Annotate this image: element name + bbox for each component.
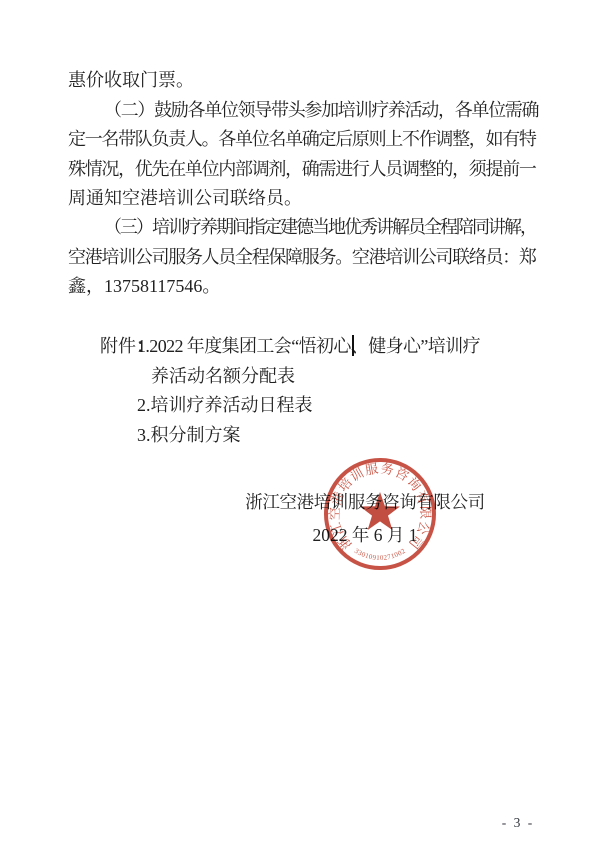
official-seal: 浙江空港培训服务咨询有限公司 33010910271002 [320, 454, 440, 574]
body-line: 周通知空港培训公司联络员。 [68, 189, 302, 207]
seal-number-text: 33010910271002 [353, 547, 407, 562]
seal-star-icon [360, 492, 400, 530]
attachment-item-2: 2.培训疗养活动日程表 [137, 396, 313, 414]
page-number: - 3 - [478, 815, 558, 831]
body-line: 殊情况，优先在单位内部调剂，确需进行人员调整的，须提前一 [68, 160, 536, 178]
body-line: 惠价收取门票。 [68, 71, 194, 89]
body-line: 空港培训公司服务人员全程保障服务。空港培训公司联络员：郑 [68, 248, 536, 266]
body-line: 鑫，13758117546。 [68, 277, 220, 295]
attachment-item-3: 3.积分制方案 [137, 426, 241, 444]
document-page: 惠价收取门票。 （二）鼓励各单位领导带头参加培训疗养活动，各单位需确 定一名带队… [0, 0, 602, 854]
attachment-item-1-continuation: 养活动名额分配表 [151, 367, 295, 385]
body-line: （二）鼓励各单位领导带头参加培训疗养活动，各单位需确 [104, 101, 538, 119]
attachment-item-1: 1.2022 年度集团工会“悟初心、健身心”培训疗 [137, 337, 480, 355]
svg-text:33010910271002: 33010910271002 [353, 547, 407, 562]
text-cursor-artifact [352, 335, 354, 356]
body-line: 定一名带队负责人。各单位名单确定后原则上不作调整，如有特 [68, 130, 536, 148]
body-line: （三）培训疗养期间指定建德当地优秀讲解员全程陪同讲解， [104, 218, 536, 236]
